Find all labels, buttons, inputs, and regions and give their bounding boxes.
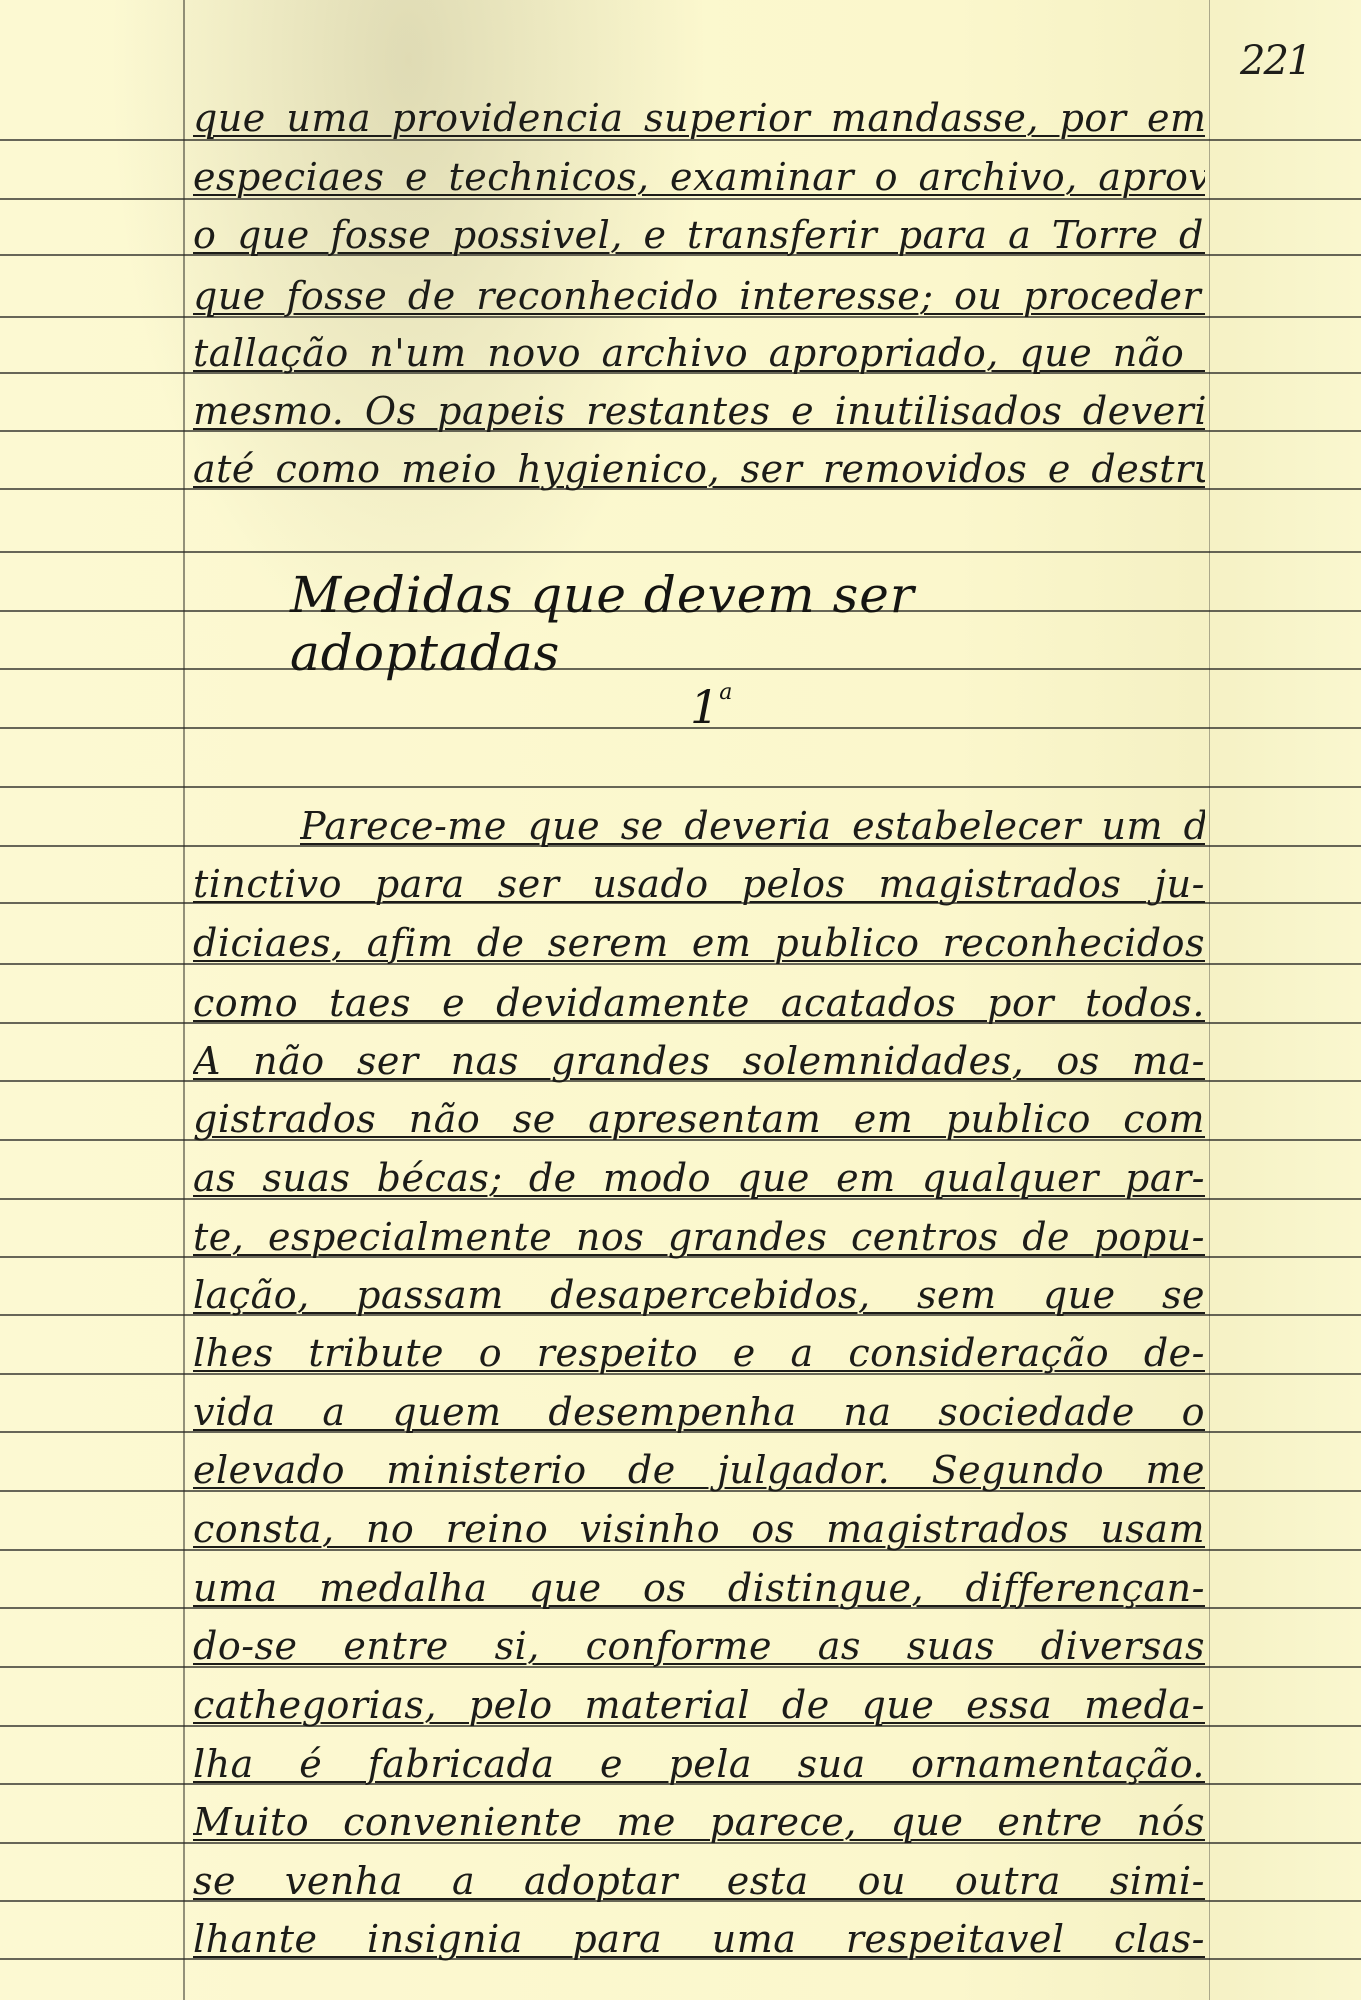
- text-line: gistrados não se apresentam em publico c…: [193, 1097, 1205, 1141]
- text-line: que uma providencia superior mandasse, p…: [193, 96, 1205, 140]
- text-line: Parece-me que se deveria estabelecer um …: [300, 804, 1205, 848]
- text-line: especiaes e technicos, examinar o archiv…: [193, 155, 1205, 199]
- ruled-line: [0, 786, 1361, 788]
- text-line: elevado ministerio de julgador. Segundo …: [193, 1448, 1205, 1492]
- text-line: lha é fabricada e pela sua ornamentação.: [193, 1742, 1205, 1786]
- section-heading: Medidas que devem ser adoptadas: [290, 566, 1190, 682]
- section-number-value: 1: [690, 680, 719, 734]
- text-line: tinctivo para ser usado pelos magistrado…: [193, 862, 1205, 906]
- text-line: te, especialmente nos grandes centros de…: [193, 1215, 1205, 1259]
- text-line: cathegorias, pelo material de que essa m…: [193, 1683, 1205, 1727]
- text-line: Muito conveniente me parece, que entre n…: [193, 1800, 1205, 1844]
- text-line: como taes e devidamente acatados por tod…: [193, 981, 1205, 1025]
- text-line: se venha a adoptar esta ou outra simi-: [193, 1859, 1205, 1903]
- text-line: tallação n'um novo archivo apropriado, q…: [193, 331, 1205, 375]
- text-line: mesmo. Os papeis restantes e inutilisado…: [193, 389, 1205, 433]
- text-line: lação, passam desapercebidos, sem que se: [193, 1273, 1205, 1317]
- left-margin-line: [183, 0, 185, 2000]
- section-number: 1a: [690, 680, 732, 734]
- text-line: até como meio hygienico, ser removidos e…: [193, 447, 1205, 491]
- text-line: o que fosse possivel, e transferir para …: [193, 213, 1205, 257]
- text-line: diciaes, afim de serem em publico reconh…: [193, 921, 1205, 965]
- text-line: vida a quem desempenha na sociedade o: [193, 1390, 1205, 1434]
- text-line: que fosse de reconhecido interesse; ou p…: [193, 274, 1205, 318]
- text-line: lhes tribute o respeito e a consideração…: [193, 1331, 1205, 1375]
- right-margin-line: [1209, 0, 1210, 2000]
- text-line: lhante insignia para uma respeitavel cla…: [193, 1917, 1205, 1961]
- ruled-line: [0, 551, 1361, 553]
- text-line: A não ser nas grandes solemnidades, os m…: [193, 1039, 1205, 1083]
- text-line: do-se entre si, conforme as suas diversa…: [193, 1624, 1205, 1668]
- section-number-suffix: a: [719, 680, 732, 705]
- text-line: as suas bécas; de modo que em qualquer p…: [193, 1156, 1205, 1200]
- page-number: 221: [1240, 38, 1310, 84]
- text-line: uma medalha que os distingue, differença…: [193, 1566, 1205, 1610]
- ruled-line: [0, 727, 1361, 729]
- text-line: consta, no reino visinho os magistrados …: [193, 1507, 1205, 1551]
- manuscript-page: 221 que uma providencia superior mandass…: [0, 0, 1361, 2000]
